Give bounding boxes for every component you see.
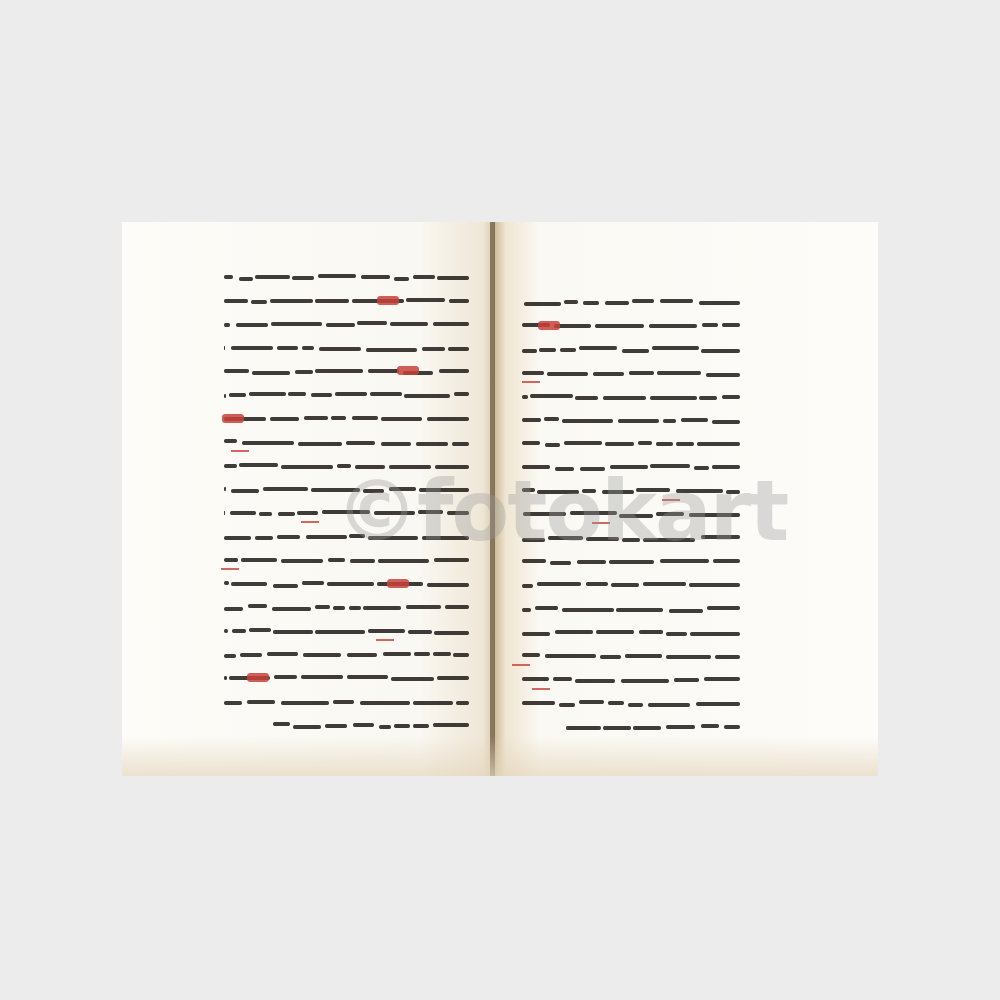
manuscript-line [224,577,469,592]
manuscript-line [522,625,740,640]
rubric-underline [522,381,540,383]
rubric-word [538,321,560,330]
manuscript-line [224,648,469,663]
rubric-word [377,296,399,305]
manuscript-line [224,624,469,639]
rubric-underline [512,664,530,666]
manuscript-line [522,437,740,452]
rubric-word [222,414,244,423]
rubric-word [397,366,419,375]
manuscript-line [224,671,469,686]
page-bottom-edge [122,736,878,776]
manuscript-line [522,366,740,381]
rubric-underline [301,521,319,523]
manuscript-line [522,696,740,711]
rubric-word [247,673,269,682]
manuscript-line [522,649,740,664]
manuscript-line [224,364,469,379]
manuscript-line [224,341,469,356]
manuscript-line [522,389,740,404]
manuscript-line [522,578,740,593]
watermark: ©fotokart [335,462,787,560]
manuscript-line [522,720,740,735]
rubric-underline [532,688,550,690]
manuscript-line [522,602,740,617]
manuscript-line [224,388,469,403]
manuscript-line [224,412,469,427]
manuscript-line [522,295,740,310]
manuscript-line [224,435,469,450]
manuscript-line [224,600,469,615]
manuscript-line [224,294,469,309]
manuscript-line [224,317,469,332]
manuscript-line [522,673,740,688]
rubric-underline [221,568,239,570]
rubric-underline [231,450,249,452]
manuscript-line [522,342,740,357]
manuscript-line [522,413,740,428]
rubric-underline [376,639,394,641]
manuscript-line [224,695,469,710]
manuscript-line [224,718,469,733]
manuscript-line [522,319,740,334]
rubric-word [387,579,409,588]
manuscript-line [224,270,469,285]
